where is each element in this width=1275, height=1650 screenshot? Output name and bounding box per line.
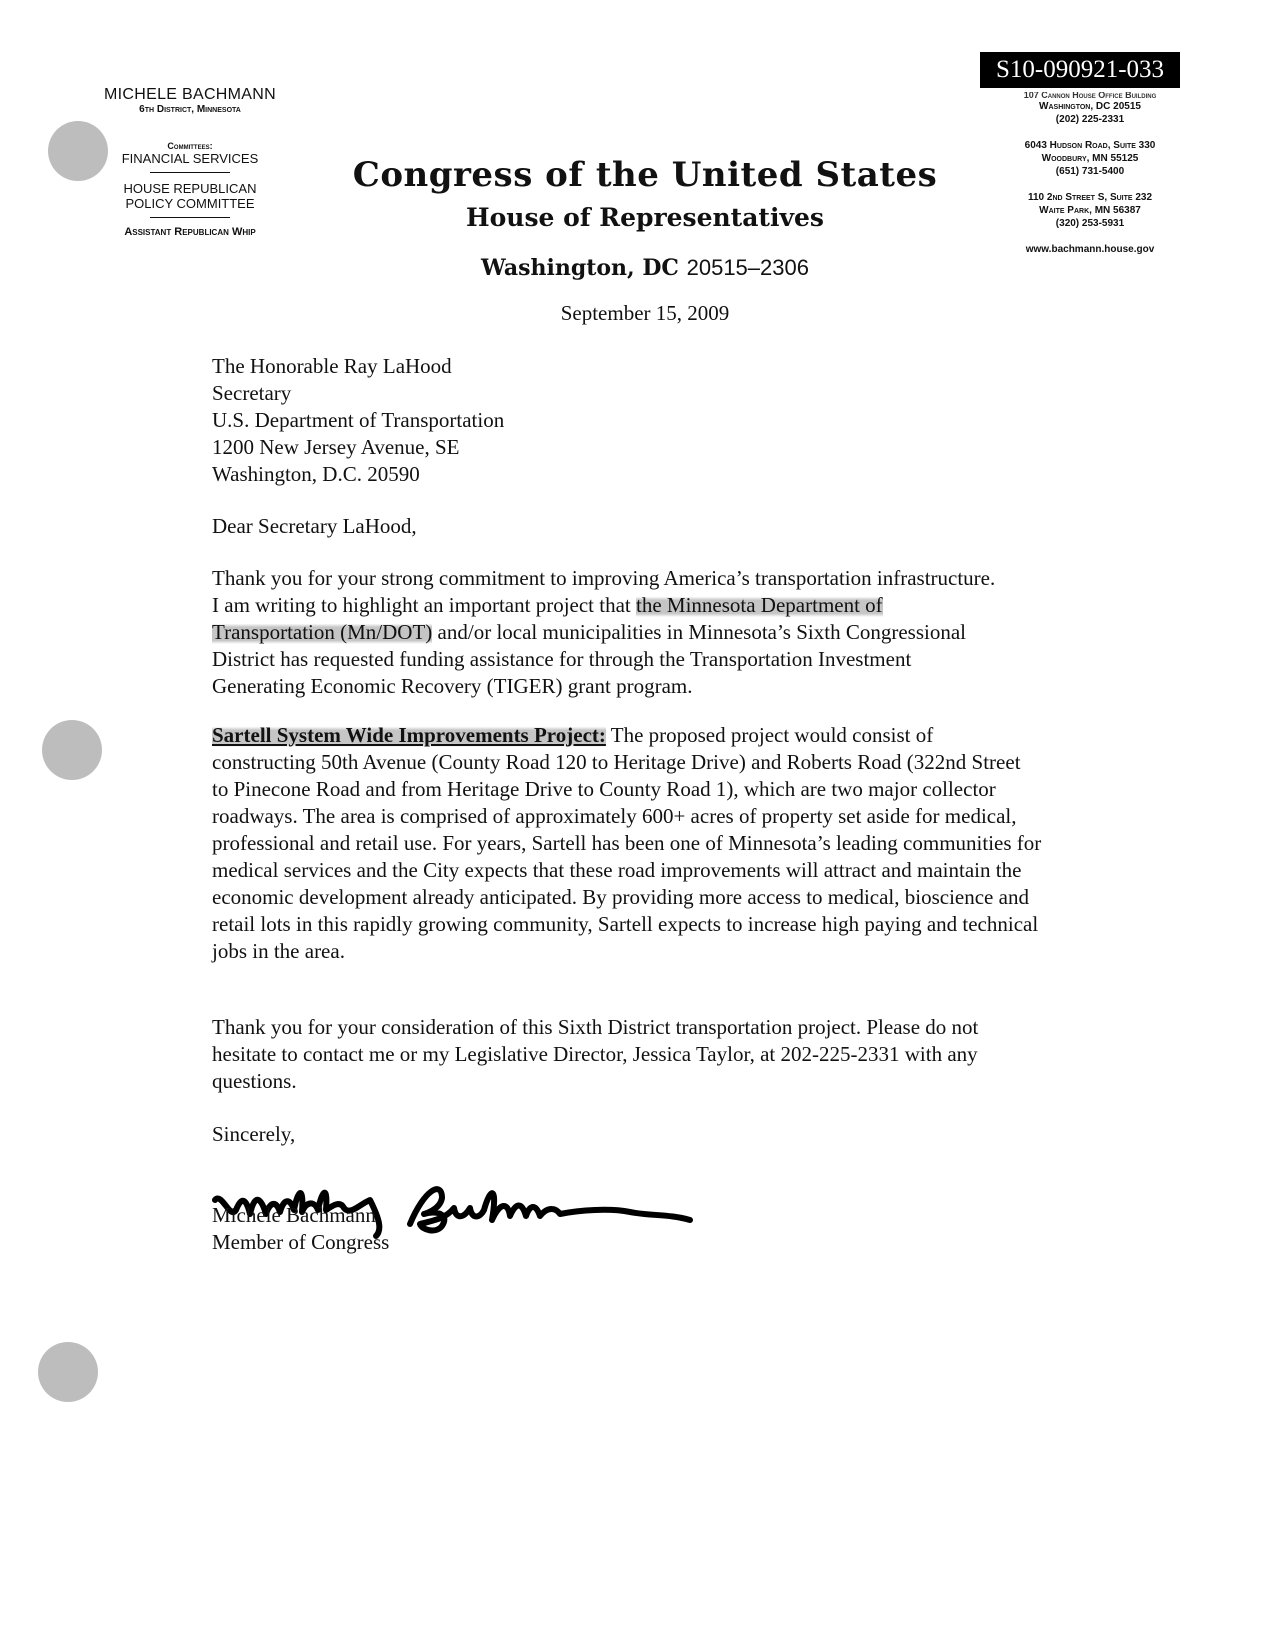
recipient-address: The Honorable Ray LaHood Secretary U.S. … [212, 353, 1092, 488]
office-waite-park: 110 2nd Street S, Suite 232 Waite Park, … [990, 191, 1190, 230]
letterhead-address: Washington, DC 20515–2306 [300, 255, 990, 281]
website: www.bachmann.house.gov [990, 243, 1190, 256]
divider [150, 172, 230, 173]
signer-title: Member of Congress [212, 1229, 1092, 1256]
paragraph-project: Sartell System Wide Improvements Project… [212, 722, 1042, 965]
letterhead-city: Washington, DC [481, 255, 679, 281]
signer-block: Michele Bachmann Member of Congress [212, 1202, 1092, 1256]
salutation: Dear Secretary LaHood, [212, 513, 1092, 540]
member-name: MICHELE BACHMANN [70, 86, 310, 104]
office-dc: 107 Cannon House Office Building Washing… [990, 92, 1190, 126]
committee-financial-services: FINANCIAL SERVICES [70, 151, 310, 166]
document-id-stamp: S10-090921-033 [980, 52, 1180, 88]
divider [150, 217, 230, 218]
closing: Sincerely, [212, 1121, 1092, 1148]
punch-hole [38, 1342, 98, 1402]
letterhead-zip: 20515–2306 [687, 255, 809, 280]
committee-policy-line1: HOUSE REPUBLICAN [70, 181, 310, 196]
office-woodbury: 6043 Hudson Road, Suite 330 Woodbury, MN… [990, 139, 1190, 178]
project-name: Sartell System Wide Improvements Project… [212, 723, 606, 747]
district: 6th District, Minnesota [70, 104, 310, 115]
office-addresses: 107 Cannon House Office Building Washing… [990, 92, 1190, 256]
member-role: Assistant Republican Whip [70, 226, 310, 238]
signer-name: Michele Bachmann [212, 1202, 1092, 1229]
paragraph-intro: Thank you for your strong commitment to … [212, 565, 1002, 700]
letterhead-subtitle: House of Representatives [300, 203, 990, 232]
member-info-block: MICHELE BACHMANN 6th District, Minnesota… [70, 86, 310, 238]
letter-date: September 15, 2009 [300, 301, 990, 326]
letterhead-title: Congress of the United States [300, 155, 990, 195]
punch-hole [42, 720, 102, 780]
paragraph-closing: Thank you for your consideration of this… [212, 1014, 1012, 1095]
committee-policy-line2: POLICY COMMITTEE [70, 196, 310, 211]
committees-label: Committees: [70, 141, 310, 151]
